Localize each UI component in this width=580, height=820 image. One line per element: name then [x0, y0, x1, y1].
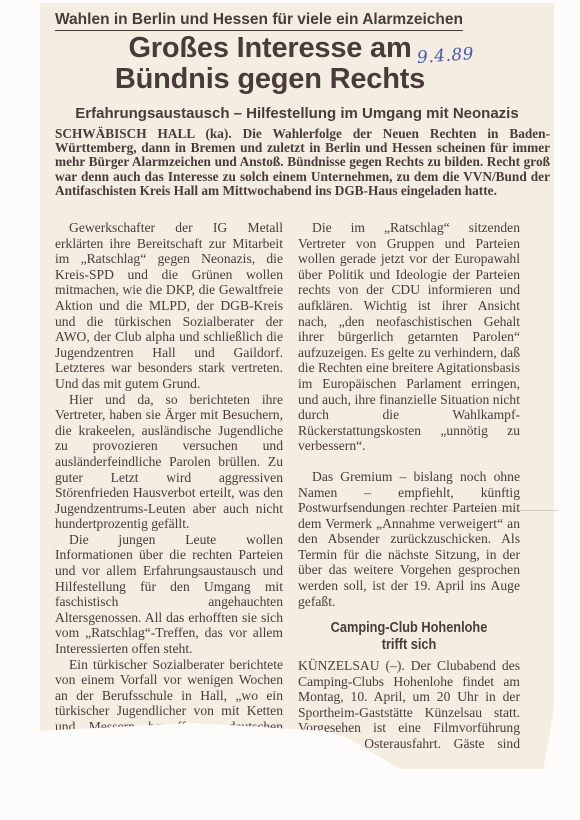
article-kicker: Wahlen in Berlin und Hessen für viele ei… — [55, 11, 463, 31]
article-subheadline: Erfahrungsaustausch – Hilfestellung im U… — [40, 105, 554, 122]
paragraph: Die im „Ratschlag“ sitzenden Vertreter v… — [298, 220, 520, 454]
paragraph: Ein türkischer Sozialberater berichtete … — [55, 657, 283, 766]
sidebar-article-body: KÜNZELSAU (–). Der Clubabend des Camping… — [298, 658, 520, 767]
sidebar-article-headline: Camping-Club Hohenlohe trifft sich — [311, 620, 506, 653]
newspaper-clipping: Wahlen in Berlin und Hessen für viele ei… — [40, 3, 554, 769]
sidebar-headline-line-1: Camping-Club Hohenlohe — [311, 620, 506, 637]
paragraph: Das Gremium – bislang noch ohne Namen – … — [298, 469, 520, 609]
paragraph: Die jungen Leute wollen Informationen üb… — [55, 532, 283, 657]
paragraph: Hier und da, so berichteten ihre Vertret… — [55, 392, 283, 532]
paragraph: Gewerkschafter der IG Metall erklärten i… — [55, 220, 283, 392]
article-column-1: Gewerkschafter der IG Metall erklärten i… — [55, 220, 283, 766]
handwritten-date: 9.4.89 — [416, 44, 474, 68]
article-column-2: Die im „Ratschlag“ sitzenden Vertreter v… — [298, 220, 520, 609]
headline-line-2: Bündnis gegen Rechts — [40, 64, 500, 95]
paper-fold-crease — [298, 510, 558, 511]
sidebar-headline-line-2: trifft sich — [311, 637, 506, 654]
article-lead: SCHWÄBISCH HALL (ka). Die Wahlerfolge de… — [55, 127, 550, 198]
